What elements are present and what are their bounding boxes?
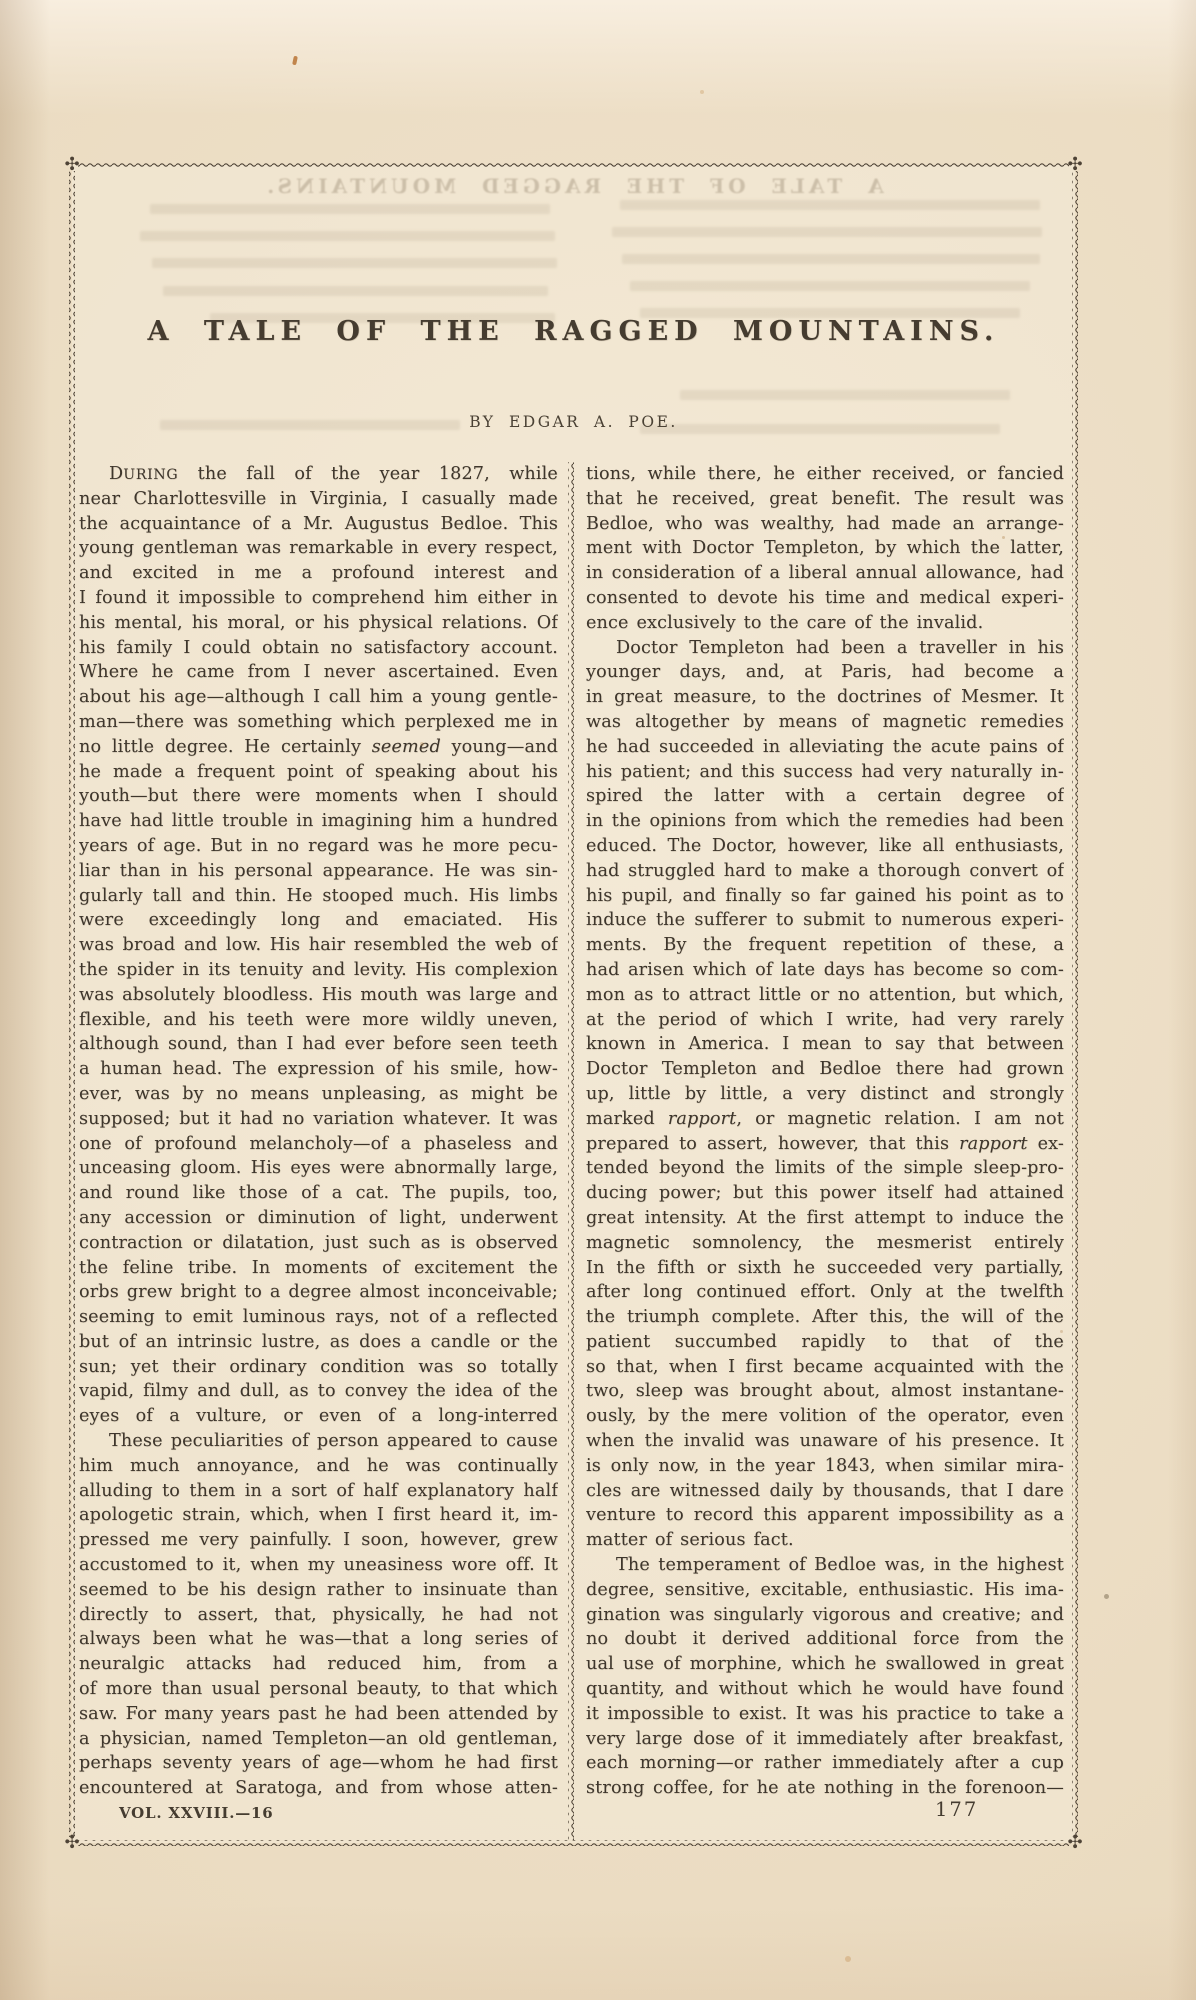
- text-line: perhaps seventy years of age—whom he had…: [79, 1751, 558, 1776]
- text-line: Doctor Templeton had been a traveller in…: [586, 636, 1064, 661]
- bleedthrough-running-head: A TALE OF THE RAGGED MOUNTAINS.: [72, 174, 1075, 198]
- bleedthrough-line: [140, 231, 555, 241]
- text-line: at the period of which I write, had very…: [586, 1008, 1064, 1033]
- text-line: saw. For many years past he had been att…: [79, 1702, 558, 1727]
- text-line: youth—but there were moments when I shou…: [79, 784, 558, 809]
- text-line: had arisen which of late days has become…: [586, 958, 1064, 983]
- text-line: the acquaintance of a Mr. Augustus Bedlo…: [79, 512, 558, 537]
- text-line: the triumph complete. After this, the wi…: [586, 1305, 1064, 1330]
- text-line: These peculiarities of person appeared t…: [79, 1429, 558, 1454]
- left-column: DURING the fall of the year 1827, while …: [79, 462, 558, 1801]
- text-line: two, sleep was brought about, almost ins…: [586, 1379, 1064, 1404]
- text-line: so that, when I first became acquainted …: [586, 1355, 1064, 1380]
- text-line: accustomed to it, when my uneasiness wor…: [79, 1553, 558, 1578]
- text-line: ence exclusively to the care of the inva…: [586, 611, 1064, 636]
- text-line: encountered at Saratoga, and from whose …: [79, 1776, 558, 1801]
- right-column: tions, while there, he either received, …: [586, 462, 1064, 1801]
- text-line: great intensity. At the first attempt to…: [586, 1206, 1064, 1231]
- quatrefoil-ornament-icon: ✣: [64, 1834, 79, 1852]
- text-line: one of profound melancholy—of a phaseles…: [79, 1132, 558, 1157]
- text-line: Where he came from I never ascertained. …: [79, 660, 558, 685]
- bleedthrough-line: [612, 227, 1042, 237]
- paper-speck: [1104, 1594, 1109, 1599]
- text-line: eyes of a vulture, or even of a long-int…: [79, 1404, 558, 1429]
- text-line: although sound, than I had ever before s…: [79, 1032, 558, 1057]
- text-line: up, little by little, a very distinct an…: [586, 1082, 1064, 1107]
- text-line: have had little trouble in imagining him…: [79, 809, 558, 834]
- text-line: any accession or diminution of light, un…: [79, 1206, 558, 1231]
- text-line: ducing power; but this power itself had …: [586, 1181, 1064, 1206]
- volume-signature: VOL. XXVIII.—16: [119, 1804, 274, 1822]
- text-line: he had succeeded in alleviating the acut…: [586, 735, 1064, 760]
- text-line: was broad and low. His hair resembled th…: [79, 933, 558, 958]
- text-line: magnetic somnolency, the mesmerist entir…: [586, 1231, 1064, 1256]
- text-line: consented to devote his time and medical…: [586, 586, 1064, 611]
- text-line: and excited in me a profound interest an…: [79, 561, 558, 586]
- text-line: cles are witnessed daily by thousands, t…: [586, 1479, 1064, 1504]
- bleedthrough-line: [150, 204, 550, 214]
- text-line: him much annoyance, and he was continual…: [79, 1454, 558, 1479]
- text-line: I found it impossible to comprehend him …: [79, 586, 558, 611]
- text-line: after long continued effort. Only at the…: [586, 1280, 1064, 1305]
- text-line: matter of serious fact.: [586, 1528, 1064, 1553]
- text-line: spired the latter with a certain degree …: [586, 784, 1064, 809]
- paper-speck: [700, 90, 704, 94]
- text-line: his mental, his moral, or his physical r…: [79, 611, 558, 636]
- paper-speck: [292, 56, 298, 66]
- text-line: apologetic strain, which, when I first h…: [79, 1503, 558, 1528]
- text-line: each morning—or rather immediately after…: [586, 1751, 1064, 1776]
- paper-speck: [1060, 1330, 1063, 1333]
- text-line: a physician, named Templeton—an old gent…: [79, 1727, 558, 1752]
- text-line: degree, sensitive, excitable, enthusiast…: [586, 1578, 1064, 1603]
- bleedthrough-line: [680, 390, 1010, 400]
- text-line: tended beyond the limits of the simple s…: [586, 1156, 1064, 1181]
- bleedthrough-line: [622, 254, 1040, 264]
- text-line: had struggled hard to make a thorough co…: [586, 859, 1064, 884]
- quatrefoil-ornament-icon: ✣: [1067, 1834, 1082, 1852]
- text-line: patient succumbed rapidly to that of the…: [586, 1330, 1064, 1355]
- text-line: prepared to assert, however, that this r…: [586, 1132, 1064, 1157]
- text-line: sun; yet their ordinary condition was so…: [79, 1355, 558, 1380]
- paper-speck: [1002, 536, 1005, 539]
- text-line: contraction or dilatation, just such as …: [79, 1231, 558, 1256]
- bleedthrough-line: [630, 281, 1030, 291]
- quatrefoil-ornament-icon: ✣: [1067, 156, 1082, 174]
- text-line: a human head. The expression of his smil…: [79, 1057, 558, 1082]
- text-line: the spider in its tenuity and levity. Hi…: [79, 958, 558, 983]
- text-line: directly to assert, that, physically, he…: [79, 1603, 558, 1628]
- paper-speck: [420, 742, 424, 746]
- text-line: pressed me very painfully. I soon, howev…: [79, 1528, 558, 1553]
- text-line: near Charlottesville in Virginia, I casu…: [79, 487, 558, 512]
- paper-speck: [130, 1120, 133, 1123]
- text-line: it impossible to exist. It was his pract…: [586, 1702, 1064, 1727]
- byline: BY EDGAR A. POE.: [72, 413, 1075, 431]
- text-line: of more than usual personal beauty, to t…: [79, 1677, 558, 1702]
- quatrefoil-ornament-icon: ✣: [64, 156, 79, 174]
- text-line: The temperament of Bedloe was, in the hi…: [586, 1553, 1064, 1578]
- text-line: his patient; and this success had very n…: [586, 760, 1064, 785]
- text-line: about his age—although I call him a youn…: [79, 685, 558, 710]
- text-line: no little degree. He certainly seemed yo…: [79, 735, 558, 760]
- text-line: was altogether by means of magnetic reme…: [586, 710, 1064, 735]
- text-line: tions, while there, he either received, …: [586, 462, 1064, 487]
- text-line: flexible, and his teeth were more wildly…: [79, 1008, 558, 1033]
- text-line: his family I could obtain no satisfactor…: [79, 636, 558, 661]
- text-line: mon as to attract little or no attention…: [586, 983, 1064, 1008]
- text-line: when the invalid was unaware of his pres…: [586, 1429, 1064, 1454]
- text-line: he made a frequent point of speaking abo…: [79, 760, 558, 785]
- text-line: alluding to them in a sort of half expla…: [79, 1479, 558, 1504]
- text-line: induce the sufferer to submit to numerou…: [586, 908, 1064, 933]
- text-line: that he received, great benefit. The res…: [586, 487, 1064, 512]
- page-number: 177: [935, 1798, 978, 1821]
- bleedthrough-line: [152, 258, 557, 268]
- text-line: Bedloe, who was wealthy, had made an arr…: [586, 512, 1064, 537]
- text-line: DURING the fall of the year 1827, while …: [79, 462, 558, 487]
- text-line: no doubt it derived additional force fro…: [586, 1627, 1064, 1652]
- text-line: In the fifth or sixth he succeeded very …: [586, 1256, 1064, 1281]
- text-line: seemed to be his design rather to insinu…: [79, 1578, 558, 1603]
- text-line: but of an intrinsic lustre, as does a ca…: [79, 1330, 558, 1355]
- text-line: the feline tribe. In moments of exciteme…: [79, 1256, 558, 1281]
- text-line: very large dose of it immediately after …: [586, 1727, 1064, 1752]
- text-line: his pupil, and finally so far gained his…: [586, 884, 1064, 909]
- text-line: was absolutely bloodless. His mouth was …: [79, 983, 558, 1008]
- text-line: educed. The Doctor, however, like all en…: [586, 834, 1064, 859]
- text-line: supposed; but it had no variation whatev…: [79, 1107, 558, 1132]
- text-line: were exceedingly long and emaciated. His…: [79, 908, 558, 933]
- text-line: ment with Doctor Templeton, by which the…: [586, 536, 1064, 561]
- text-line: young gentleman was remarkable in every …: [79, 536, 558, 561]
- text-line: in great measure, to the doctrines of Me…: [586, 685, 1064, 710]
- text-line: always been what he was—that a long seri…: [79, 1627, 558, 1652]
- text-line: vapid, filmy and dull, as to convey the …: [79, 1379, 558, 1404]
- text-line: ual use of morphine, which he swallowed …: [586, 1652, 1064, 1677]
- text-line: man—there was something which perplexed …: [79, 710, 558, 735]
- text-line: strong coffee, for he ate nothing in the…: [586, 1776, 1064, 1801]
- text-line: years of age. But in no regard was he mo…: [79, 834, 558, 859]
- text-line: and round like those of a cat. The pupil…: [79, 1181, 558, 1206]
- text-line: marked rapport, or magnetic relation. I …: [586, 1107, 1064, 1132]
- text-line: is only now, in the year 1843, when simi…: [586, 1454, 1064, 1479]
- text-line: ously, by the mere volition of the opera…: [586, 1404, 1064, 1429]
- text-line: gination was singularly vigorous and cre…: [586, 1603, 1064, 1628]
- bleedthrough-line: [163, 286, 548, 296]
- bleedthrough-line: [620, 200, 1040, 210]
- story-title: A TALE OF THE RAGGED MOUNTAINS.: [72, 316, 1075, 347]
- text-line: neuralgic attacks had reduced him, from …: [79, 1652, 558, 1677]
- text-line: in consideration of a liberal annual all…: [586, 561, 1064, 586]
- text-line: quantity, and without which he would hav…: [586, 1677, 1064, 1702]
- paper-speck: [845, 1956, 851, 1962]
- text-line: unceasing gloom. His eyes were abnormall…: [79, 1156, 558, 1181]
- text-line: seeming to emit luminous rays, not of a …: [79, 1305, 558, 1330]
- text-line: ments. By the frequent repetition of the…: [586, 933, 1064, 958]
- text-line: venture to record this apparent impossib…: [586, 1503, 1064, 1528]
- text-line: ever, was by no means unpleasing, as mig…: [79, 1082, 558, 1107]
- text-line: Doctor Templeton and Bedloe there had gr…: [586, 1057, 1064, 1082]
- text-line: orbs grew bright to a degree almost inco…: [79, 1280, 558, 1305]
- book-page: ✣ ✣ ✣ ✣ A TALE OF THE RAGGED MOUNTAINS. …: [0, 0, 1196, 2000]
- text-line: gularly tall and thin. He stooped much. …: [79, 884, 558, 909]
- text-line: younger days, and, at Paris, had become …: [586, 660, 1064, 685]
- text-line: liar than in his personal appearance. He…: [79, 859, 558, 884]
- text-line: known in America. I mean to say that bet…: [586, 1032, 1064, 1057]
- text-line: in the opinions from which the remedies …: [586, 809, 1064, 834]
